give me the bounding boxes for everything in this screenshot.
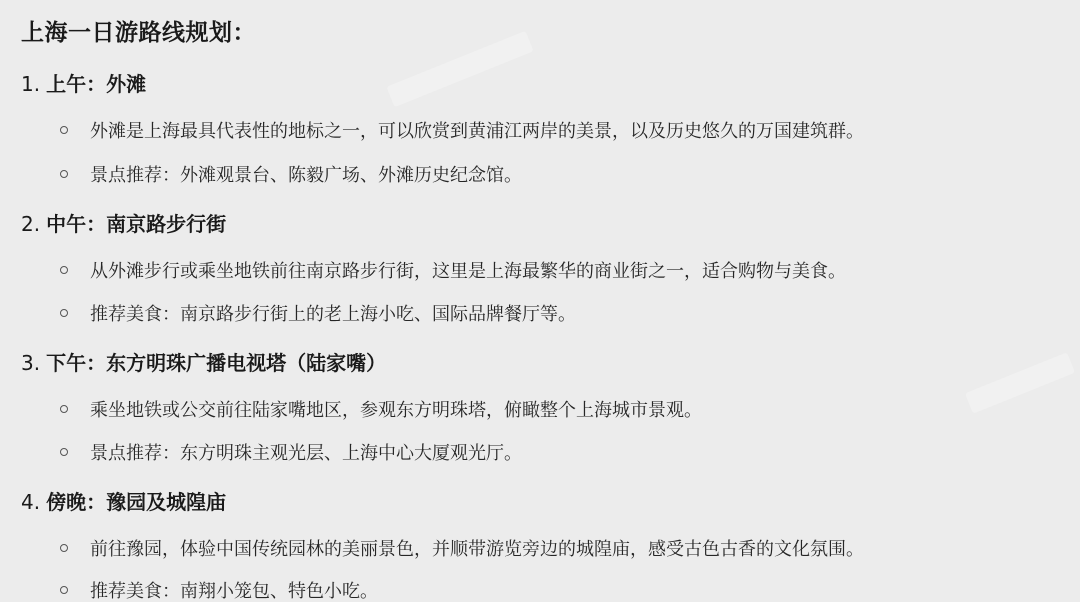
hollow-bullet-icon: [60, 309, 68, 317]
itinerary-document: 上海一日游路线规划： 1.上午：外滩 外滩是上海最具代表性的地标之一，可以欣赏到…: [0, 0, 1080, 602]
section-heading-text: 下午：东方明珠广播电视塔（陆家嘴）: [46, 351, 386, 375]
list-item: 外滩是上海最具代表性的地标之一，可以欣赏到黄浦江两岸的美景，以及历史悠久的万国建…: [60, 117, 864, 143]
section-heading-evening: 4.傍晚：豫园及城隍庙: [21, 486, 226, 515]
hollow-bullet-icon: [60, 405, 68, 413]
hollow-bullet-icon: [60, 126, 68, 134]
hollow-bullet-icon: [60, 544, 68, 552]
list-item: 景点推荐：外滩观景台、陈毅广场、外滩历史纪念馆。: [60, 161, 522, 187]
hollow-bullet-icon: [60, 448, 68, 456]
list-item-text: 从外滩步行或乘坐地铁前往南京路步行街，这里是上海最繁华的商业街之一，适合购物与美…: [90, 257, 846, 283]
section-heading-noon: 2.中午：南京路步行街: [21, 208, 226, 237]
section-heading-text: 上午：外滩: [46, 72, 146, 96]
section-number: 3.: [21, 351, 40, 375]
section-heading-text: 中午：南京路步行街: [46, 212, 226, 236]
section-heading-afternoon: 3.下午：东方明珠广播电视塔（陆家嘴）: [21, 347, 386, 376]
list-item: 景点推荐：东方明珠主观光层、上海中心大厦观光厅。: [60, 439, 522, 465]
page-title: 上海一日游路线规划：: [21, 14, 256, 47]
list-item-text: 推荐美食：南京路步行街上的老上海小吃、国际品牌餐厅等。: [90, 300, 576, 326]
list-item: 推荐美食：南京路步行街上的老上海小吃、国际品牌餐厅等。: [60, 300, 576, 326]
section-heading-text: 傍晚：豫园及城隍庙: [46, 490, 226, 514]
section-number: 1.: [21, 72, 40, 96]
list-item: 从外滩步行或乘坐地铁前往南京路步行街，这里是上海最繁华的商业街之一，适合购物与美…: [60, 257, 846, 283]
list-item: 推荐美食：南翔小笼包、特色小吃。: [60, 577, 378, 602]
section-number: 4.: [21, 490, 40, 514]
list-item-text: 外滩是上海最具代表性的地标之一，可以欣赏到黄浦江两岸的美景，以及历史悠久的万国建…: [90, 117, 864, 143]
section-heading-morning: 1.上午：外滩: [21, 68, 146, 97]
list-item-text: 景点推荐：东方明珠主观光层、上海中心大厦观光厅。: [90, 439, 522, 465]
hollow-bullet-icon: [60, 266, 68, 274]
section-number: 2.: [21, 212, 40, 236]
list-item: 乘坐地铁或公交前往陆家嘴地区，参观东方明珠塔，俯瞰整个上海城市景观。: [60, 396, 702, 422]
list-item-text: 景点推荐：外滩观景台、陈毅广场、外滩历史纪念馆。: [90, 161, 522, 187]
hollow-bullet-icon: [60, 586, 68, 594]
list-item-text: 乘坐地铁或公交前往陆家嘴地区，参观东方明珠塔，俯瞰整个上海城市景观。: [90, 396, 702, 422]
list-item-text: 推荐美食：南翔小笼包、特色小吃。: [90, 577, 378, 602]
list-item-text: 前往豫园，体验中国传统园林的美丽景色，并顺带游览旁边的城隍庙，感受古色古香的文化…: [90, 535, 864, 561]
watermark: [965, 352, 1075, 414]
watermark: [386, 31, 533, 108]
list-item: 前往豫园，体验中国传统园林的美丽景色，并顺带游览旁边的城隍庙，感受古色古香的文化…: [60, 535, 864, 561]
hollow-bullet-icon: [60, 170, 68, 178]
